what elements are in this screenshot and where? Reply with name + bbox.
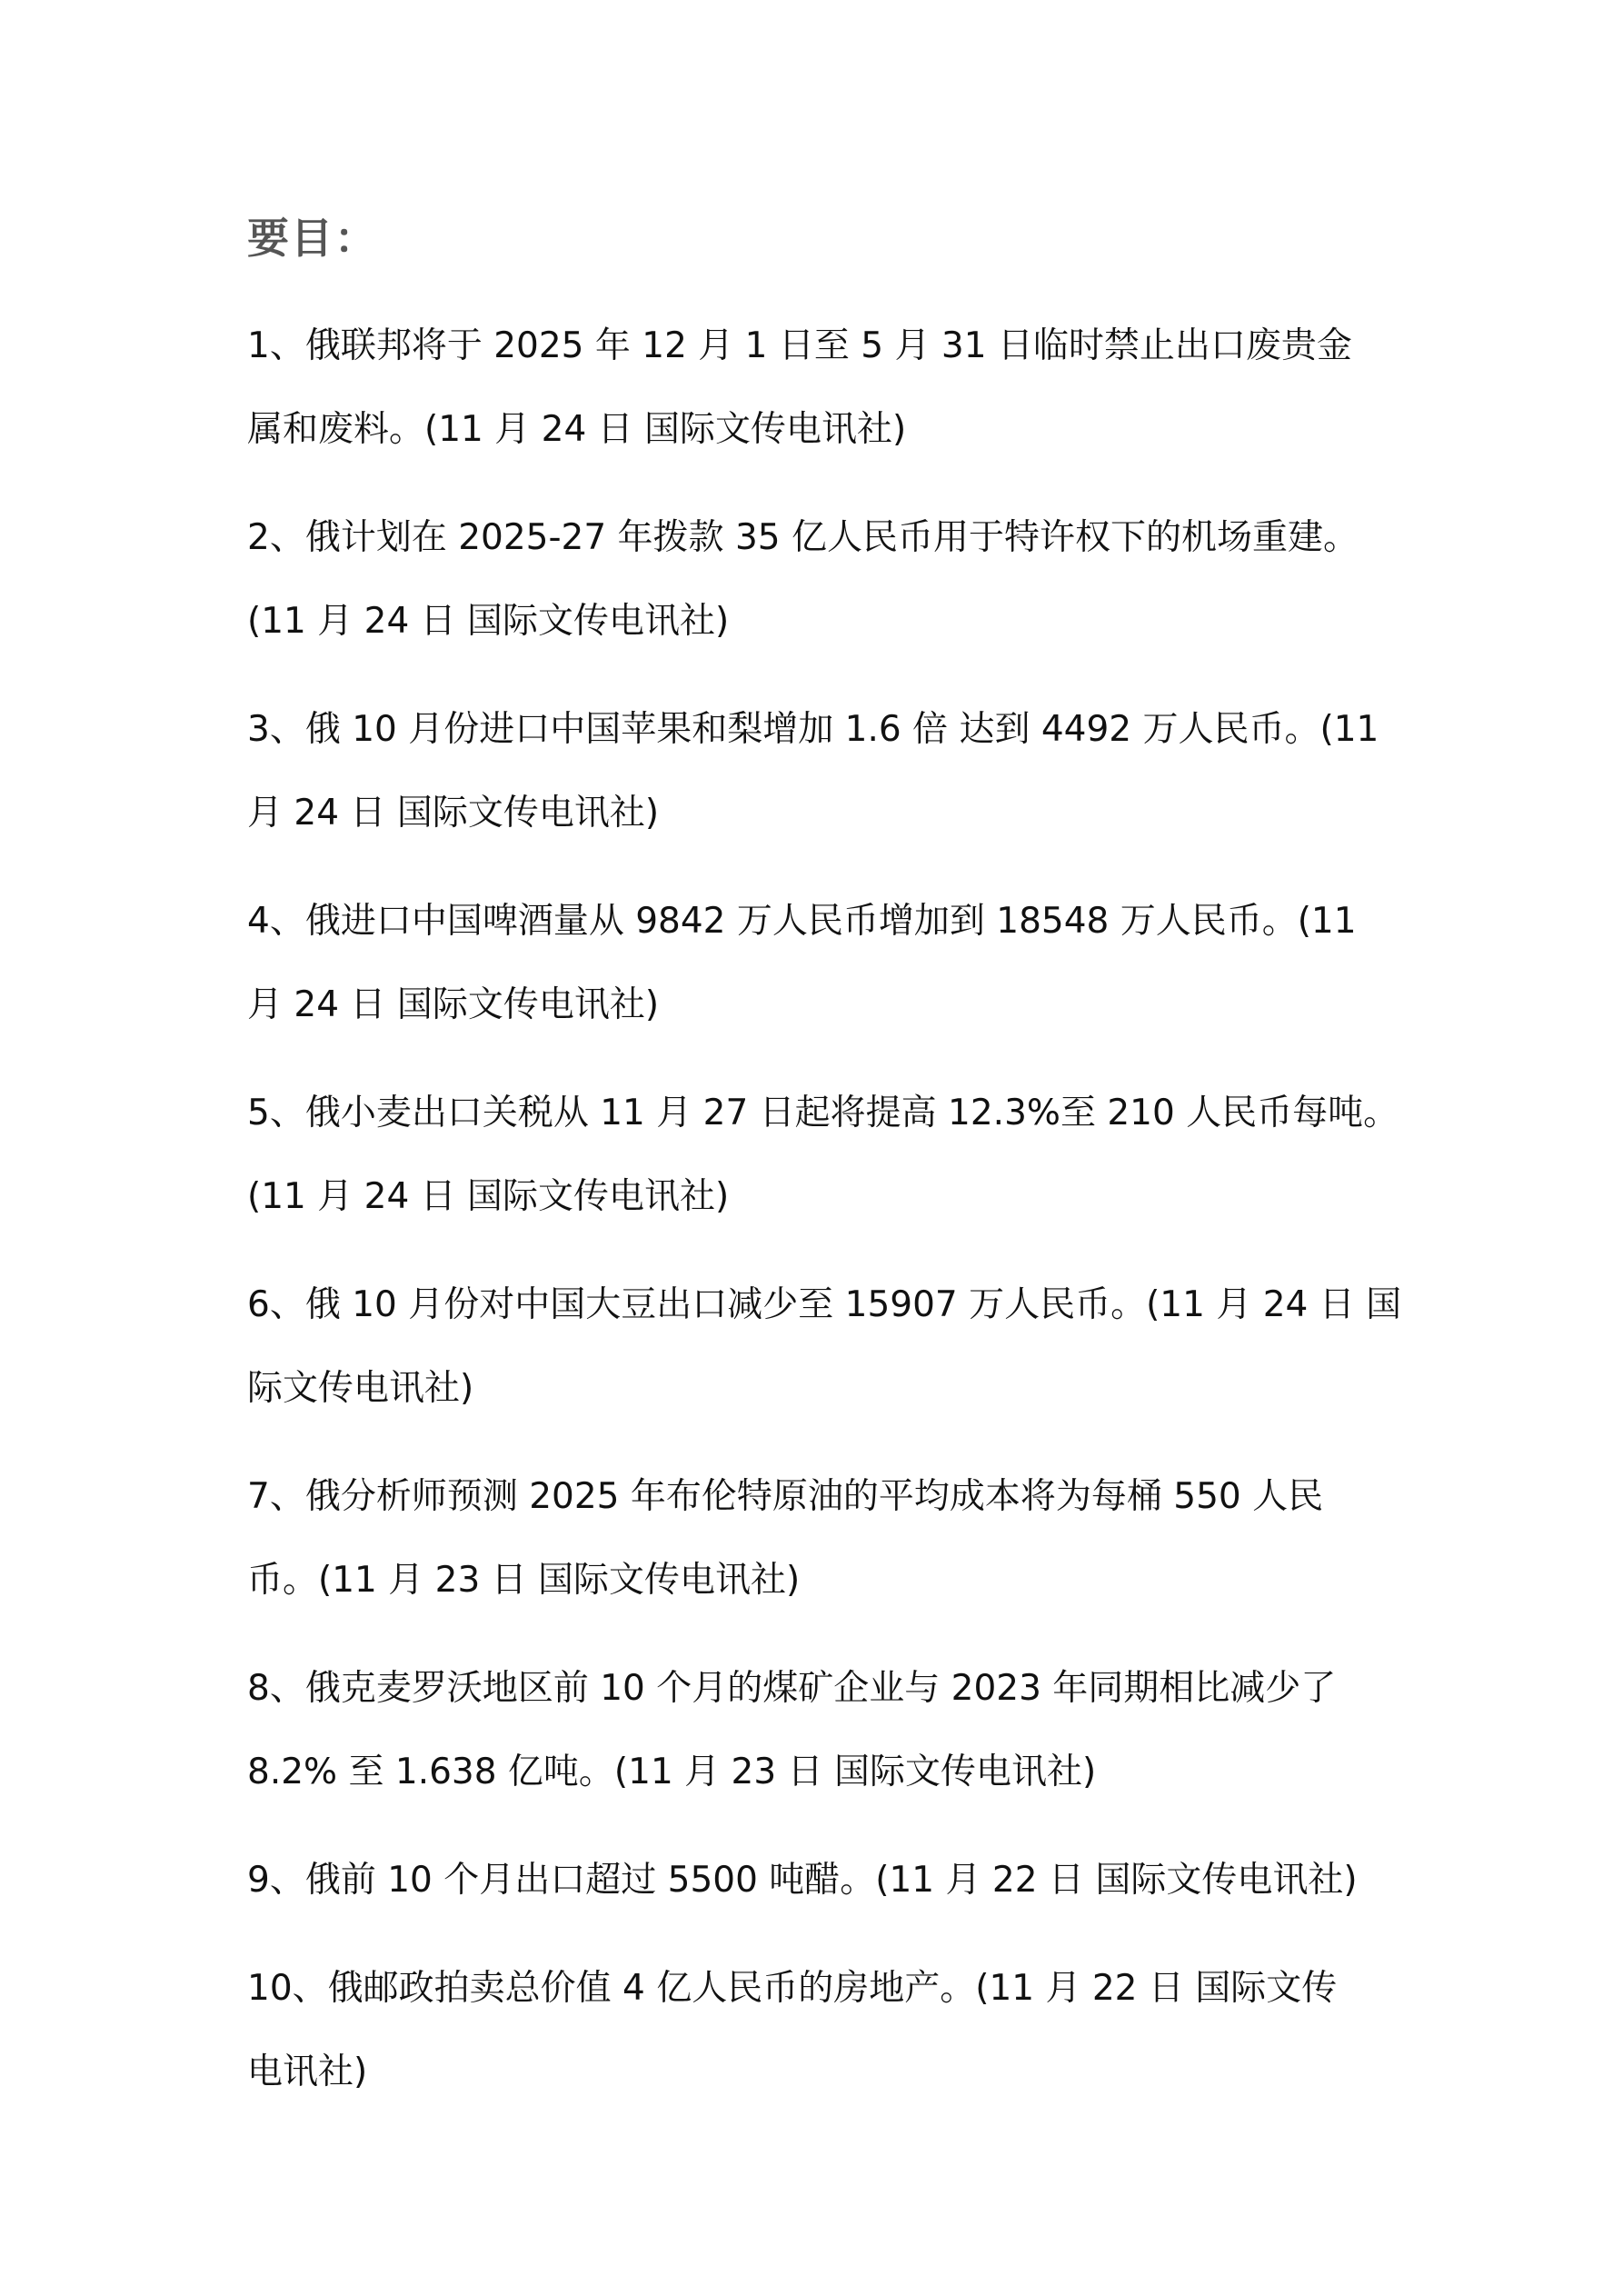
news-item-4: 4、俄进口中国啤酒量从 9842 万人民币增加到 18548 万人民币。(11 … <box>247 901 1392 1026</box>
news-item-5: 5、俄小麦出口关税从 11 月 27 日起将提高 12.3%至 210 人民币每… <box>247 1093 1392 1218</box>
news-item-7: 7、俄分析师预测 2025 年布伦特原油的平均成本将为每桶 550 人民 币。(… <box>247 1476 1392 1602</box>
news-item-line: 月 24 日 国际文传电讯社) <box>247 984 1392 1026</box>
news-item-line: 月 24 日 国际文传电讯社) <box>247 793 1392 834</box>
section-heading: 要目： <box>247 211 378 265</box>
news-item-6: 6、俄 10 月份对中国大豆出口减少至 15907 万人民币。(11 月 24 … <box>247 1284 1392 1410</box>
news-item-line: (11 月 24 日 国际文传电讯社) <box>247 601 1392 643</box>
news-item-9: 9、俄前 10 个月出口超过 5500 吨醋。(11 月 22 日 国际文传电讯… <box>247 1860 1392 1902</box>
news-item-3: 3、俄 10 月份进口中国苹果和梨增加 1.6 倍 达到 4492 万人民币。(… <box>247 709 1392 834</box>
news-item-line: 8、俄克麦罗沃地区前 10 个月的煤矿企业与 2023 年同期相比减少了 <box>247 1668 1392 1710</box>
news-item-line: (11 月 24 日 国际文传电讯社) <box>247 1176 1392 1218</box>
news-item-line: 6、俄 10 月份对中国大豆出口减少至 15907 万人民币。(11 月 24 … <box>247 1284 1392 1326</box>
news-item-line: 2、俄计划在 2025-27 年拨款 35 亿人民币用于特许权下的机场重建。 <box>247 517 1392 559</box>
news-item-line: 3、俄 10 月份进口中国苹果和梨增加 1.6 倍 达到 4492 万人民币。(… <box>247 709 1392 751</box>
news-item-line: 电讯社) <box>247 2051 1392 2093</box>
news-item-line: 际文传电讯社) <box>247 1368 1392 1410</box>
news-item-line: 10、俄邮政拍卖总价值 4 亿人民币的房地产。(11 月 22 日 国际文传 <box>247 1968 1392 2010</box>
news-item-line: 8.2% 至 1.638 亿吨。(11 月 23 日 国际文传电讯社) <box>247 1752 1392 1793</box>
news-item-line: 4、俄进口中国啤酒量从 9842 万人民币增加到 18548 万人民币。(11 <box>247 901 1392 943</box>
news-item-line: 属和废料。(11 月 24 日 国际文传电讯社) <box>247 409 1392 451</box>
news-item-line: 1、俄联邦将于 2025 年 12 月 1 日至 5 月 31 日临时禁止出口废… <box>247 325 1392 367</box>
news-item-line: 5、俄小麦出口关税从 11 月 27 日起将提高 12.3%至 210 人民币每… <box>247 1093 1392 1134</box>
news-item-2: 2、俄计划在 2025-27 年拨款 35 亿人民币用于特许权下的机场重建。 (… <box>247 517 1392 643</box>
news-item-1: 1、俄联邦将于 2025 年 12 月 1 日至 5 月 31 日临时禁止出口废… <box>247 325 1392 451</box>
news-item-10: 10、俄邮政拍卖总价值 4 亿人民币的房地产。(11 月 22 日 国际文传 电… <box>247 1968 1392 2093</box>
news-item-line: 7、俄分析师预测 2025 年布伦特原油的平均成本将为每桶 550 人民 <box>247 1476 1392 1518</box>
news-item-8: 8、俄克麦罗沃地区前 10 个月的煤矿企业与 2023 年同期相比减少了 8.2… <box>247 1668 1392 1793</box>
news-item-line: 9、俄前 10 个月出口超过 5500 吨醋。(11 月 22 日 国际文传电讯… <box>247 1860 1392 1902</box>
news-item-line: 币。(11 月 23 日 国际文传电讯社) <box>247 1560 1392 1602</box>
